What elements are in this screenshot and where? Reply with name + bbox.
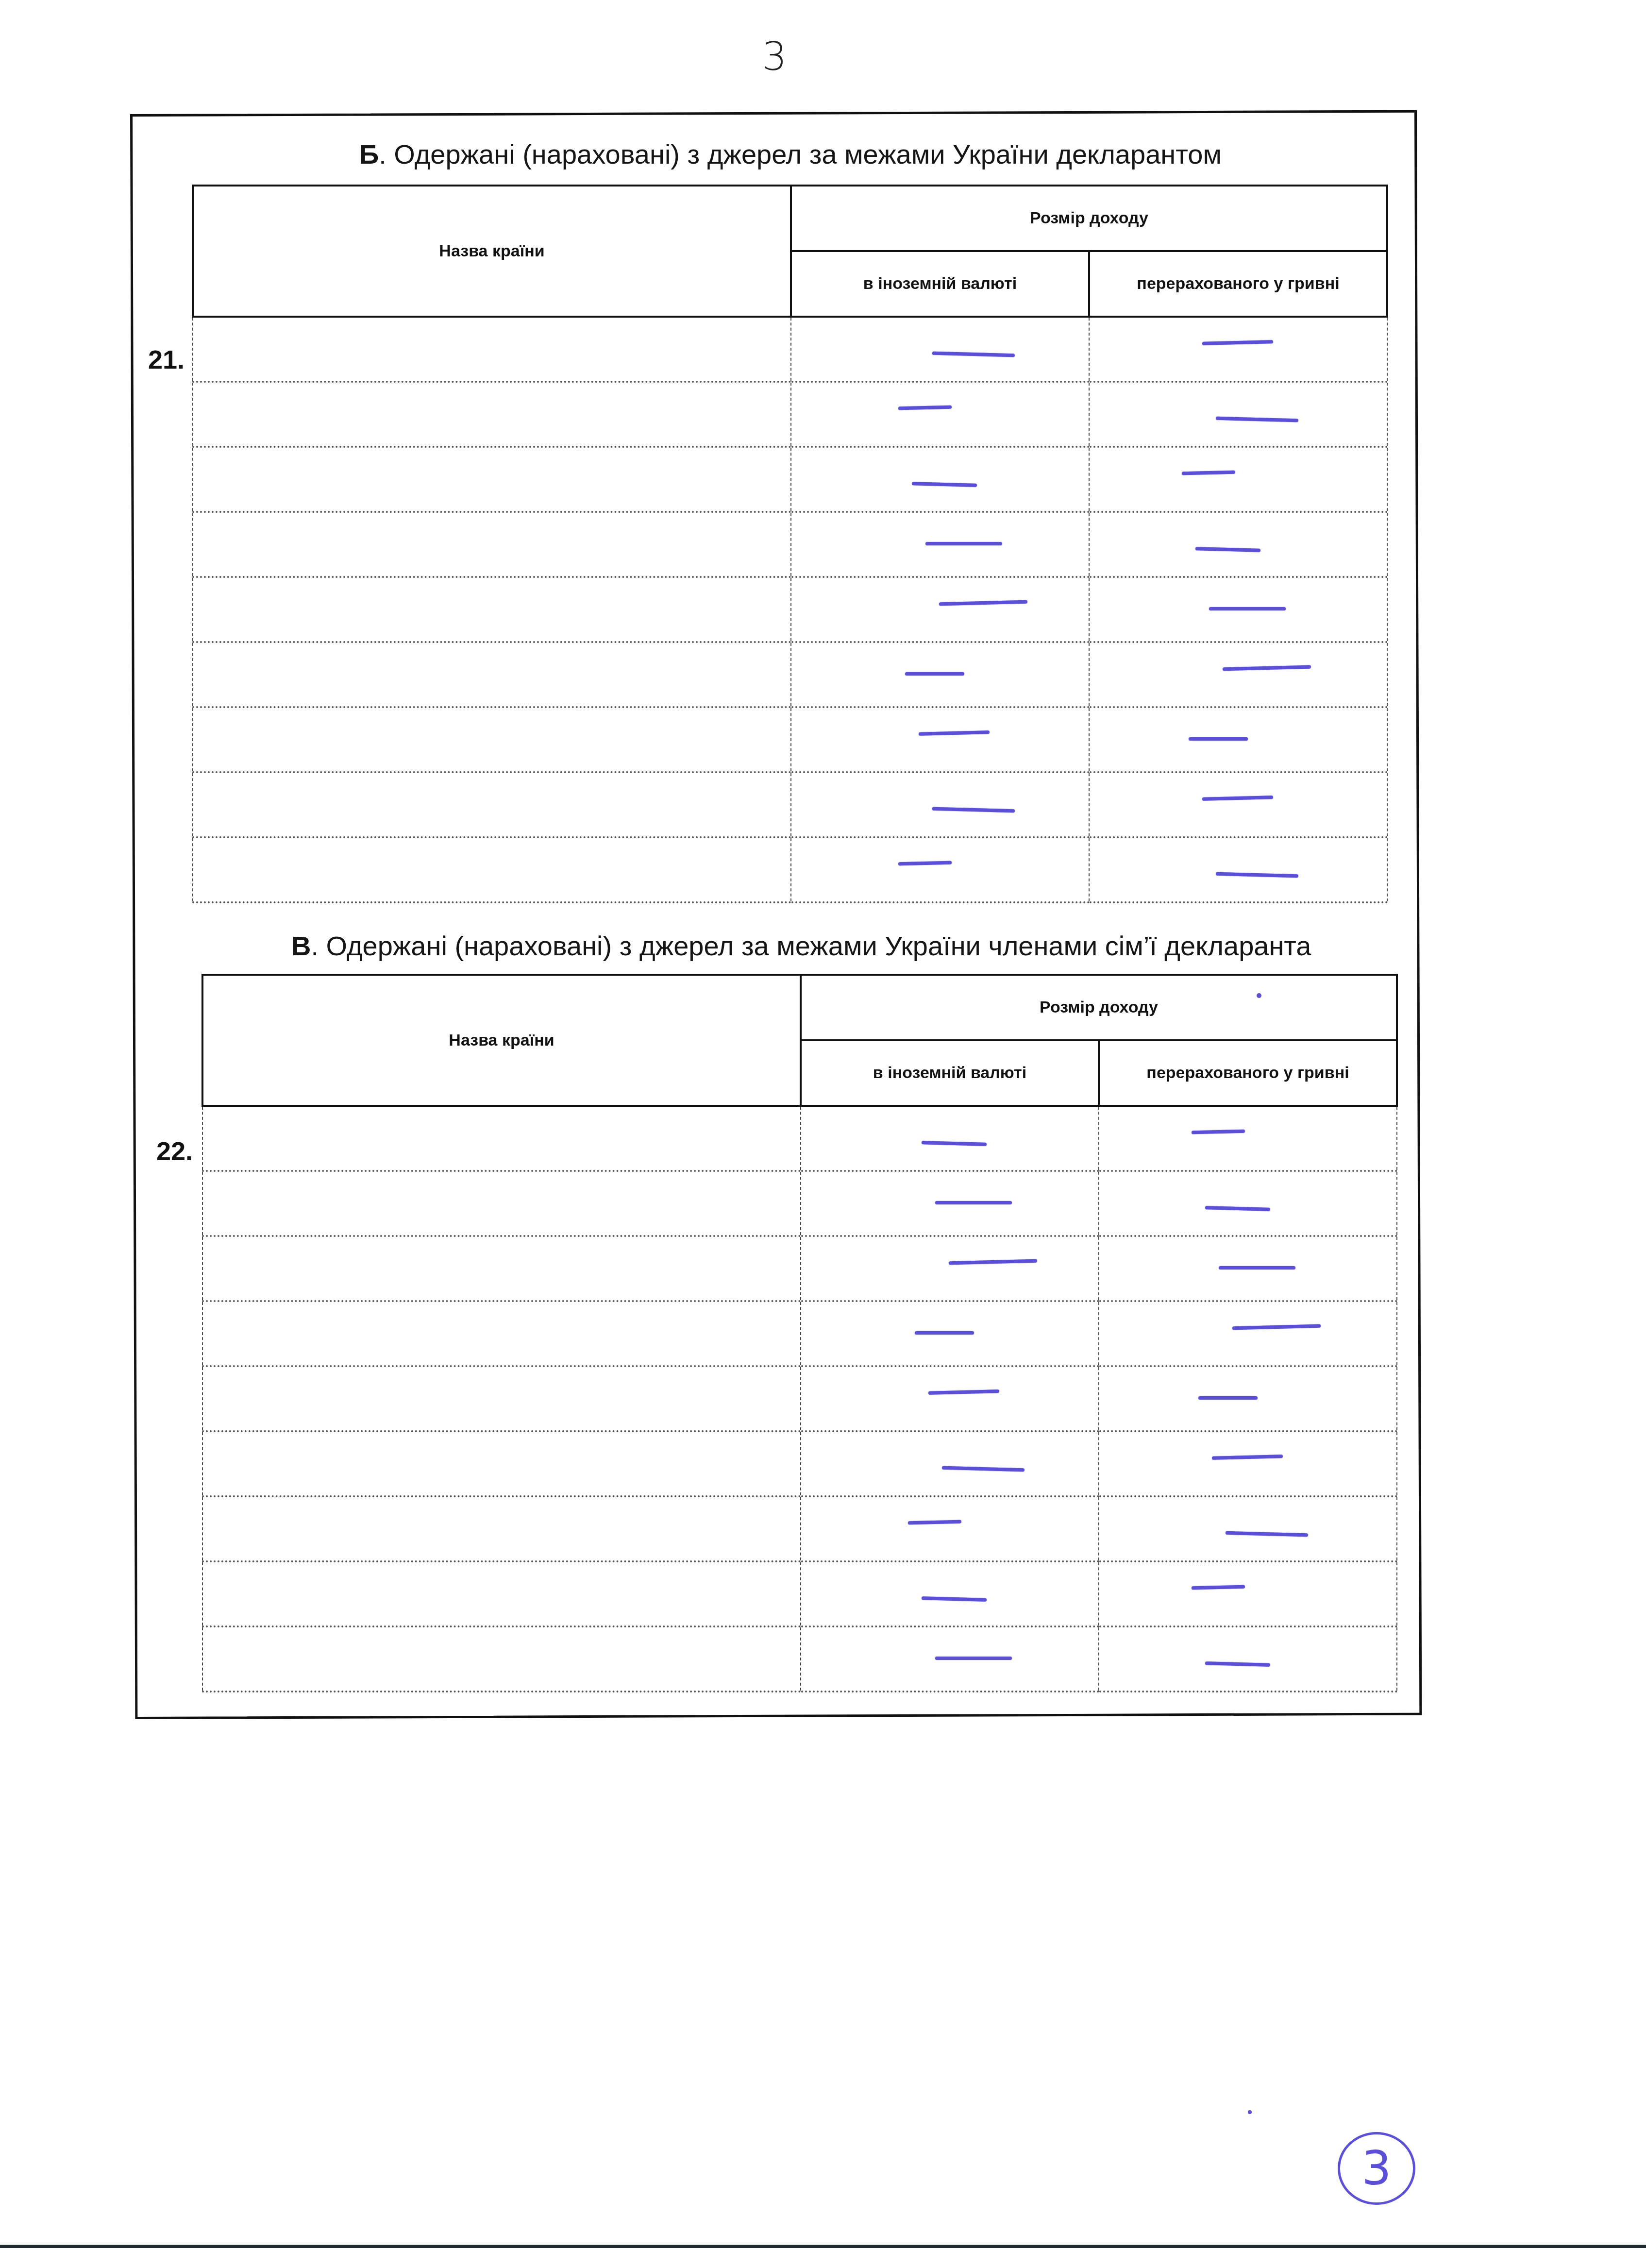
table-row: ——	[193, 707, 1387, 772]
header-income-size: Розмір доходу	[801, 975, 1397, 1040]
section-b-title-text: . Одержані (нараховані) з джерел за межа…	[379, 139, 1222, 169]
pen-dash-mark: —	[922, 1596, 987, 1602]
section-b-title: Б. Одержані (нараховані) з джерел за меж…	[359, 138, 1222, 170]
cell-foreign-currency[interactable]: —	[791, 577, 1089, 642]
cell-foreign-currency[interactable]: —	[791, 707, 1089, 772]
cell-country[interactable]	[202, 1626, 801, 1692]
pen-dash-mark: —	[1182, 471, 1235, 475]
cell-country[interactable]	[193, 447, 791, 512]
cell-country[interactable]	[193, 642, 791, 707]
cell-in-hryvnia[interactable]: —	[1099, 1561, 1397, 1626]
cell-foreign-currency[interactable]: —	[791, 642, 1089, 707]
cell-foreign-currency[interactable]: —	[801, 1561, 1099, 1626]
table-row: ——	[202, 1236, 1397, 1301]
cell-foreign-currency[interactable]: —	[801, 1236, 1099, 1301]
table-row: ——	[193, 837, 1387, 902]
cell-country[interactable]	[202, 1301, 801, 1366]
cell-country[interactable]	[193, 382, 791, 447]
pen-dash-mark: —	[1205, 1661, 1270, 1667]
cell-country[interactable]	[202, 1561, 801, 1626]
pen-dash-mark: —	[1198, 1396, 1258, 1400]
cell-in-hryvnia[interactable]: —	[1099, 1626, 1397, 1692]
pen-dash-mark: —	[919, 730, 990, 736]
pen-dash-mark: —	[915, 1331, 974, 1335]
cell-country[interactable]	[202, 1171, 801, 1236]
row-number-22: 22.	[156, 1136, 193, 1167]
pen-dash-mark: —	[1189, 737, 1248, 741]
pen-dash-mark: —	[912, 482, 977, 487]
pen-dash-mark: —	[1219, 1266, 1295, 1269]
table-row: ——	[193, 642, 1387, 707]
handwritten-page-mark: 3	[1338, 2132, 1415, 2205]
cell-country[interactable]	[193, 837, 791, 902]
cell-country[interactable]	[193, 772, 791, 837]
table-row: ——	[202, 1171, 1397, 1236]
cell-foreign-currency[interactable]: —	[801, 1171, 1099, 1236]
header-in-hryvnia: перерахованого у гривні	[1099, 1040, 1397, 1106]
pen-dash-mark: —	[1223, 665, 1311, 671]
cell-foreign-currency[interactable]: —	[791, 382, 1089, 447]
cell-foreign-currency[interactable]: —	[801, 1106, 1099, 1171]
pen-dash-mark: —	[1226, 1531, 1308, 1537]
cell-foreign-currency[interactable]: —	[791, 317, 1089, 382]
pen-dash-mark: —	[1205, 1206, 1270, 1211]
cell-foreign-currency[interactable]: —	[791, 837, 1089, 902]
pen-dash-mark: —	[925, 542, 1002, 545]
section-v-title-text: . Одержані (нараховані) з джерел за межа…	[311, 931, 1311, 961]
pen-dash-mark: —	[898, 861, 952, 866]
pen-dash-mark: —	[939, 600, 1027, 606]
cell-in-hryvnia[interactable]: —	[1089, 447, 1387, 512]
table-row: ——	[193, 577, 1387, 642]
cell-country[interactable]	[193, 707, 791, 772]
table-row: ——	[202, 1301, 1397, 1366]
pen-dash-mark: —	[1202, 795, 1273, 801]
cell-in-hryvnia[interactable]: —	[1099, 1171, 1397, 1236]
table-row: ——	[202, 1431, 1397, 1496]
header-foreign-currency: в іноземній валюті	[801, 1040, 1099, 1106]
cell-country[interactable]	[202, 1431, 801, 1496]
table-row: ——	[202, 1496, 1397, 1561]
table-row: ——	[202, 1626, 1397, 1692]
pen-dash-mark: —	[1216, 872, 1298, 878]
pen-dot	[1248, 2110, 1252, 2114]
cell-in-hryvnia[interactable]: —	[1099, 1366, 1397, 1431]
income-table-family: Назва країни Розмір доходу в іноземній в…	[202, 974, 1398, 1693]
pen-dash-mark: —	[1202, 340, 1273, 345]
cell-country[interactable]	[202, 1236, 801, 1301]
table-row: ——	[193, 772, 1387, 837]
page-number: 3	[757, 34, 791, 79]
pen-dash-mark: —	[1192, 1130, 1245, 1134]
table-row: ——	[202, 1561, 1397, 1626]
cell-in-hryvnia[interactable]: —	[1089, 382, 1387, 447]
table-row: ——	[193, 382, 1387, 447]
cell-in-hryvnia[interactable]: —	[1089, 512, 1387, 577]
header-in-hryvnia: перерахованого у гривні	[1089, 251, 1387, 317]
cell-in-hryvnia[interactable]: —	[1099, 1496, 1397, 1561]
pen-dash-mark: —	[949, 1259, 1037, 1265]
pen-dash-mark: —	[905, 672, 964, 676]
cell-in-hryvnia[interactable]: —	[1089, 577, 1387, 642]
header-income-size: Розмір доходу	[791, 186, 1387, 251]
scan-edge	[0, 2245, 1646, 2248]
cell-foreign-currency[interactable]: —	[801, 1366, 1099, 1431]
pen-dash-mark: —	[1195, 547, 1260, 552]
pen-dash-mark: —	[942, 1466, 1025, 1472]
header-foreign-currency: в іноземній валюті	[791, 251, 1089, 317]
cell-foreign-currency[interactable]: —	[801, 1626, 1099, 1692]
cell-in-hryvnia[interactable]: —	[1099, 1301, 1397, 1366]
cell-country[interactable]	[193, 577, 791, 642]
cell-country[interactable]	[202, 1496, 801, 1561]
header-country: Назва країни	[193, 186, 791, 317]
cell-in-hryvnia[interactable]: —	[1089, 317, 1387, 382]
table-row: ——	[193, 447, 1387, 512]
cell-country[interactable]	[193, 512, 791, 577]
pen-dash-mark: —	[932, 807, 1015, 812]
section-v-letter: В	[291, 931, 311, 961]
row-number-21: 21.	[148, 345, 185, 375]
cell-foreign-currency[interactable]: —	[791, 512, 1089, 577]
section-b-letter: Б	[359, 139, 379, 169]
cell-in-hryvnia[interactable]: —	[1099, 1431, 1397, 1496]
pen-dash-mark: —	[1212, 1455, 1283, 1460]
cell-country[interactable]	[193, 317, 791, 382]
cell-in-hryvnia[interactable]: —	[1089, 772, 1387, 837]
pen-dash-mark: —	[908, 1520, 961, 1525]
pen-dash-mark: —	[935, 1201, 1012, 1204]
cell-in-hryvnia[interactable]: —	[1099, 1106, 1397, 1171]
pen-dash-mark: —	[922, 1141, 987, 1146]
pen-dash-mark: —	[1232, 1324, 1321, 1330]
table-row: ——	[193, 317, 1387, 382]
cell-in-hryvnia[interactable]: —	[1089, 707, 1387, 772]
pen-dash-mark: —	[928, 1389, 999, 1395]
pen-dash-mark: —	[1216, 417, 1298, 422]
cell-foreign-currency[interactable]: —	[801, 1431, 1099, 1496]
cell-foreign-currency[interactable]: —	[791, 772, 1089, 837]
cell-foreign-currency[interactable]: —	[801, 1496, 1099, 1561]
pen-dot	[1257, 993, 1261, 998]
cell-in-hryvnia[interactable]: —	[1099, 1236, 1397, 1301]
cell-country[interactable]	[202, 1106, 801, 1171]
income-table-declarant: Назва країни Розмір доходу в іноземній в…	[192, 185, 1388, 903]
cell-in-hryvnia[interactable]: —	[1089, 642, 1387, 707]
pen-dash-mark: —	[935, 1657, 1012, 1660]
pen-dash-mark: —	[932, 352, 1015, 357]
cell-foreign-currency[interactable]: —	[791, 447, 1089, 512]
table-row: ——	[202, 1366, 1397, 1431]
pen-dash-mark: —	[1192, 1585, 1245, 1590]
cell-in-hryvnia[interactable]: —	[1089, 837, 1387, 902]
header-country: Назва країни	[202, 975, 801, 1106]
pen-dash-mark: —	[1209, 607, 1286, 610]
pen-dash-mark: —	[898, 406, 952, 410]
cell-foreign-currency[interactable]: —	[801, 1301, 1099, 1366]
table-row: ——	[202, 1106, 1397, 1171]
section-v-title: В. Одержані (нараховані) з джерел за меж…	[291, 930, 1311, 962]
cell-country[interactable]	[202, 1366, 801, 1431]
table-row: ——	[193, 512, 1387, 577]
